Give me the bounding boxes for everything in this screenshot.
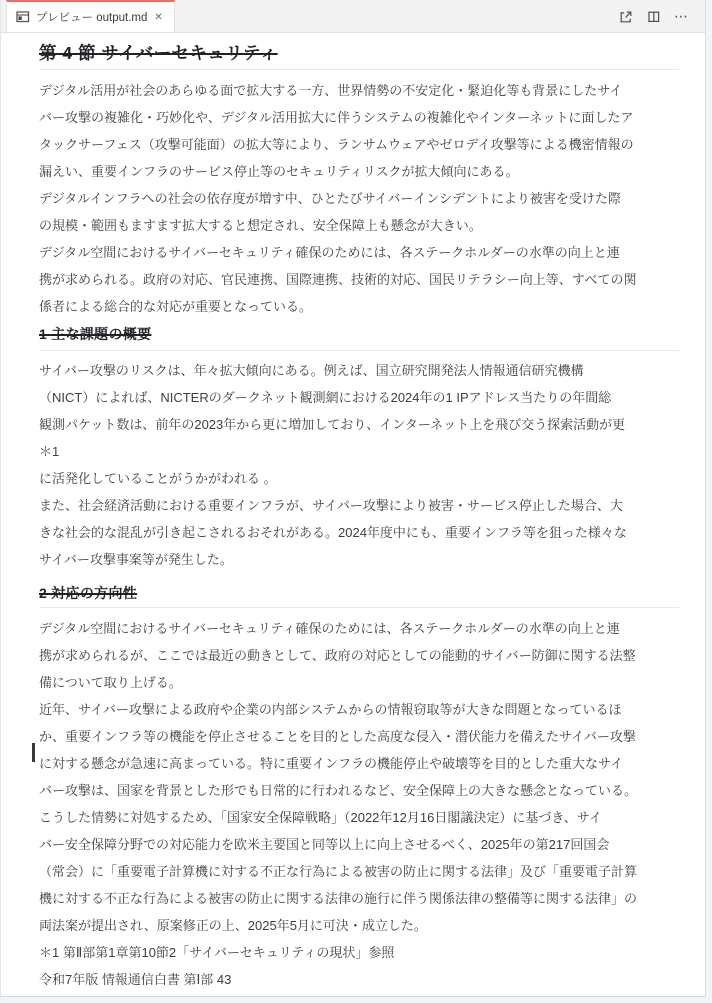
paragraph: サイバー攻撃のリスクは、年々拡大傾向にある。例えば、国立研究開発法人情報通信研究…: [39, 357, 691, 492]
markdown-preview-pane: 第 4 節 サイバーセキュリティ デジタル活用が社会のあらゆる面で拡大する一方、…: [1, 41, 705, 993]
markdown-preview-icon: [16, 10, 30, 24]
paragraph: デジタルインフラへの社会の依存度が増す中、ひとたびサイバーインシデントにより被害…: [39, 185, 691, 239]
page-footer: 令和7年版 情報通信白書 第Ⅰ部 43: [39, 966, 691, 993]
doc-title: 第 4 節 サイバーセキュリティ: [39, 41, 679, 70]
split-editor-icon[interactable]: [646, 9, 661, 24]
paragraph: デジタル活用が社会のあらゆる面で拡大する一方、世界情勢の不安定化・緊迫化等も背景…: [39, 77, 691, 185]
editor-window: プレビュー output.md ✕ ⋯ 第 4 節 サイバーセキュリティ: [0, 0, 706, 997]
intro-block: デジタル活用が社会のあらゆる面で拡大する一方、世界情勢の不安定化・緊迫化等も背景…: [39, 77, 679, 320]
tab-close-icon[interactable]: ✕: [153, 10, 163, 25]
footnote: ＊1 第Ⅱ部第1章第10節2「サイバーセキュリティの現状」参照: [39, 939, 691, 966]
paragraph: また、社会経済活動における重要インフラが、サイバー攻撃により被害・サービス停止し…: [39, 492, 691, 573]
paragraph: デジタル空間におけるサイバーセキュリティ確保のためには、各ステークホルダーの水準…: [39, 615, 691, 696]
section1-heading: 1 主な課題の概要: [39, 323, 679, 351]
paragraph: デジタル空間におけるサイバーセキュリティ確保のためには、各ステークホルダーの水準…: [39, 239, 691, 320]
text-cursor: [32, 743, 35, 762]
section1-block: サイバー攻撃のリスクは、年々拡大傾向にある。例えば、国立研究開発法人情報通信研究…: [39, 357, 679, 573]
tab-label: プレビュー output.md: [36, 9, 147, 25]
paragraph: こうした情勢に対処するため、「国家安全保障戦略」（2022年12月16日閣議決定…: [39, 804, 691, 939]
paragraph: 近年、サイバー攻撃による政府や企業の内部システムからの情報窃取等が大きな問題とな…: [39, 696, 691, 804]
more-actions-icon[interactable]: ⋯: [674, 11, 689, 21]
export-preview-icon[interactable]: [618, 9, 633, 24]
tab-markdown-preview[interactable]: プレビュー output.md ✕: [6, 0, 175, 32]
tab-bar: プレビュー output.md ✕ ⋯: [1, 0, 705, 33]
section2-heading: 2 対応の方向性: [39, 583, 679, 608]
tabbar-actions: ⋯: [618, 0, 705, 32]
section2-block: デジタル空間におけるサイバーセキュリティ確保のためには、各ステークホルダーの水準…: [39, 615, 679, 993]
